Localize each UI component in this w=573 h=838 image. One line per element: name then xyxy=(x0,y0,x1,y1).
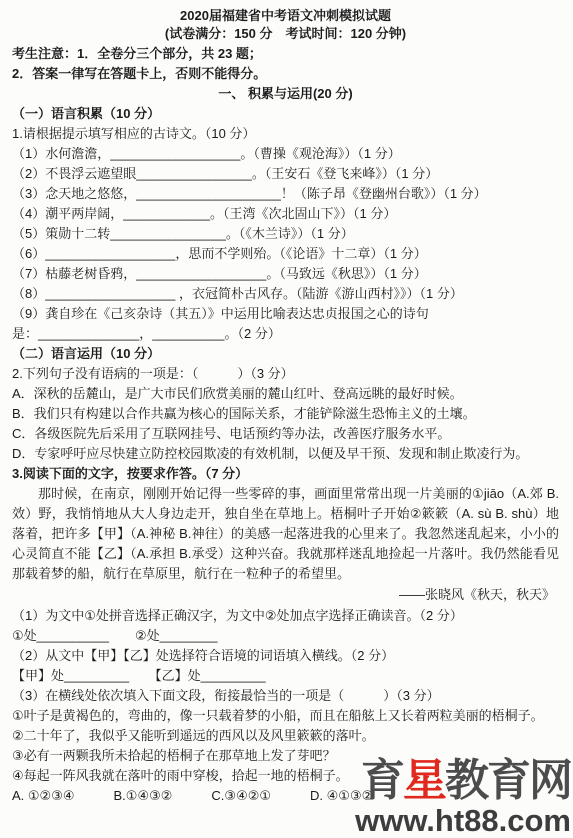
page-title: 2020届福建省中考语文冲刺模拟试题 xyxy=(12,8,559,24)
q1-stem: 1.请根据提示填写相应的古诗文。（10 分） xyxy=(12,124,559,144)
q1-item-9: （9）龚自珍在《己亥杂诗（其五）》中运用比喻表达忠贞报国之心的诗句 xyxy=(12,304,559,324)
q3-sub2: （2）从文中【甲】【乙】处选择符合语境的词语填入横线。（2 分） xyxy=(12,646,559,666)
q1-item-6: （6）__________________，思而不学则殆。（《论语》十二章）（1… xyxy=(12,244,559,264)
q2-stem: 2.下列句子没有语病的一项是：（ ）（3 分） xyxy=(12,364,559,384)
q2-option-d: D．专家呼吁应尽快建立防控校园欺凌的有效机制，以便及早干预、发现和制止欺凌行为。 xyxy=(12,444,559,464)
notice-line-2: 2．答案一律写在答题卡上，否则不能得分。 xyxy=(12,64,559,84)
q1-item-9-line-2: 是：______________，__________。（2 分） xyxy=(12,324,559,344)
q3-sub3: （3）在横线处依次填入下面文段，衔接最恰当的一项是（ ）（3 分） xyxy=(12,686,559,706)
part1-heading: 一、 积累与运用(20 分) xyxy=(12,84,559,104)
q1-item-3: （3）念天地之悠悠，____________________！（陈子昂《登幽州台… xyxy=(12,184,559,204)
q3-sub1-blanks: ①处__________ ②处________ xyxy=(12,626,559,646)
section2-heading: （二）语言运用（10 分） xyxy=(12,344,559,364)
q1-item-4: （4）潮平两岸阔，____________。（王湾《次北固山下》）（1 分） xyxy=(12,204,559,224)
q3-options-line: A. ①②③④ B.①④③② C.③④②① D. ④①③② xyxy=(12,786,559,806)
q3-sentence-2: ②二十年了，我似乎又能听到遥远的西风以及风里簌簌的落叶。 xyxy=(12,726,559,746)
q3-passage: 那时候，在南京，刚刚开始记得一些零碎的事，画面里常常出现一片美丽的①jiāo（A… xyxy=(12,484,559,584)
q3-stem: 3.阅读下面的文字，按要求作答。（7 分） xyxy=(12,464,559,484)
exam-paper: 2020届福建省中考语文冲刺模拟试题 (试卷满分：150 分 考试时间：120 … xyxy=(0,0,573,838)
q2-option-b: B．我们只有构建以合作共赢为核心的国际关系，才能铲除滋生恐怖主义的土壤。 xyxy=(12,404,559,424)
q3-sentence-4: ④每起一阵风我就在落叶的雨中穿梭，拾起一地的梧桐子。 xyxy=(12,766,559,786)
q3-sub2-blanks: 【甲】处_________ 【乙】处_________ xyxy=(12,666,559,686)
exam-meta: (试卷满分：150 分 考试时间：120 分钟) xyxy=(12,24,559,44)
q3-sentence-3: ③必有一两颗我所未拾起的梧桐子在那草地上发了芽吧？ xyxy=(12,746,559,766)
q2-option-a: A．深秋的岳麓山，是广大市民们欣赏美丽的麓山红叶、登高远眺的最好时候。 xyxy=(12,384,559,404)
q3-sentence-1: ①叶子是黄褐色的，弯曲的，像一只载着梦的小船，而且在船舷上又长着两粒美丽的梧桐子… xyxy=(12,706,559,726)
q1-item-1: （1）水何澹澹，__________________。（曹操《观沧海》）（1 分… xyxy=(12,144,559,164)
notice-line-1: 考生注意：1．全卷分三个部分，共 23 题； xyxy=(12,44,559,64)
section1-heading: （一）语言积累（10 分） xyxy=(12,104,559,124)
q3-attribution: ——张晓风《秋天，秋天》 xyxy=(12,584,559,606)
q1-item-5: （5）策勋十二转________________。（《木兰诗》）（1 分） xyxy=(12,224,559,244)
q1-item-2: （2）不畏浮云遮望眼________________。（王安石《登飞来峰》）（1… xyxy=(12,164,559,184)
q1-item-8: （8）__________________ ，衣冠简朴古风存。（陆游《游山西村》… xyxy=(12,284,559,304)
q3-sub1: （1）为文中①处拼音选择正确汉字，为文中②处加点字选择正确读音。（2 分） xyxy=(12,606,559,626)
q2-option-c: C．各级医院先后采用了互联网挂号、电话预约等办法，改善医疗服务水平。 xyxy=(12,424,559,444)
watermark-url: www.ht88.com xyxy=(355,804,571,838)
q1-item-7: （7）枯藤老树昏鸦，__________________。（马致远《秋思》）（1… xyxy=(12,264,559,284)
